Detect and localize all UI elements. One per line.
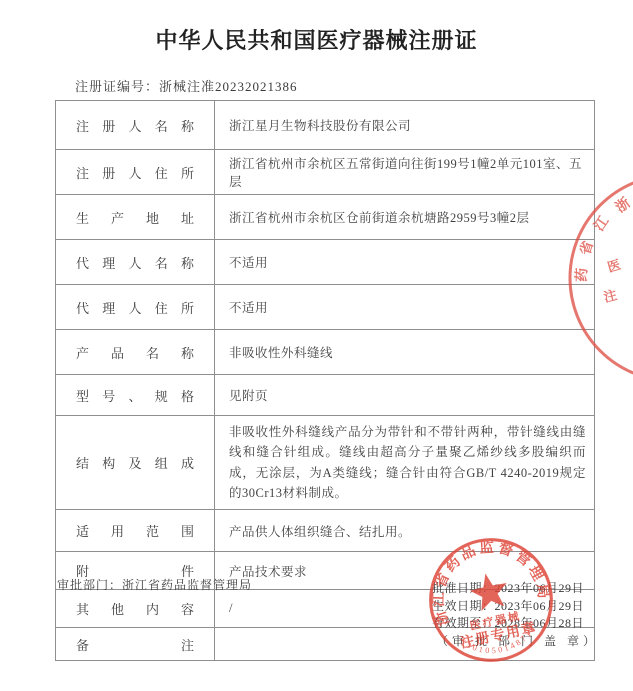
corner-seal-char: 浙: [612, 194, 633, 216]
certificate-page: 中华人民共和国医疗器械注册证 注册证编号：浙械注准20232021386 注册人…: [0, 0, 633, 691]
table-row: 注册人名称浙江星月生物科技股份有限公司: [56, 101, 595, 150]
table-row: 产品名称非吸收性外科缝线: [56, 330, 595, 375]
effective-date-value: 2023年06月29日: [495, 599, 585, 613]
row-value: 非吸收性外科缝线: [215, 330, 595, 375]
table-row: 适用范围产品供人体组织缝合、结扎用。: [56, 510, 595, 552]
row-label: 适用范围: [56, 510, 215, 552]
approve-date-label: 批准日期：: [432, 581, 495, 595]
effective-date-label: 生效日期：: [432, 599, 495, 613]
corner-seal-char: 注: [602, 287, 618, 305]
certificate-number-label: 注册证编号：: [75, 79, 159, 94]
row-value: 浙江省杭州市余杭区仓前街道余杭塘路2959号3幢2层: [215, 195, 595, 240]
row-label: 型号、规格: [56, 375, 215, 416]
row-value: 产品供人体组织缝合、结扎用。: [215, 510, 595, 552]
corner-seal-char: 医: [606, 257, 623, 275]
approve-date-line: 批准日期：2023年06月29日: [432, 580, 599, 598]
row-label: 结构及组成: [56, 416, 215, 510]
seal-note-line: （审 批 部 门 盖 章）: [436, 633, 599, 651]
row-value: 浙江星月生物科技股份有限公司: [215, 101, 595, 150]
table-row: 型号、规格见附页: [56, 375, 595, 416]
approve-date-value: 2023年06月29日: [495, 581, 585, 595]
row-value: 不适用: [215, 240, 595, 285]
table-row: 代理人名称不适用: [56, 240, 595, 285]
approval-department-value: 浙江省药品监督管理局: [122, 578, 252, 592]
table-row: 结构及组成非吸收性外科缝线产品分为带针和不带针两种，带针缝线由缝线和缝合针组成。…: [56, 416, 595, 510]
row-label: 注册人住所: [56, 150, 215, 195]
dates-block: 批准日期：2023年06月29日 生效日期：2023年06月29日 有效期至：2…: [432, 580, 599, 650]
row-label: 产品名称: [56, 330, 215, 375]
row-value: 不适用: [215, 285, 595, 330]
table-row: 代理人住所不适用: [56, 285, 595, 330]
row-value: 非吸收性外科缝线产品分为带针和不带针两种，带针缝线由缝线和缝合针组成。缝线由超高…: [215, 416, 595, 510]
valid-until-value: 2028年06月28日: [495, 616, 585, 630]
row-value: 浙江省杭州市余杭区五常街道向往街199号1幢2单元101室、五层: [215, 150, 595, 195]
row-label: 代理人住所: [56, 285, 215, 330]
row-label: 注册人名称: [56, 101, 215, 150]
approval-department-label: 审批部门：: [57, 578, 122, 592]
row-label: 生产地址: [56, 195, 215, 240]
certificate-number-value: 浙械注准20232021386: [159, 79, 298, 94]
approval-department-line: 审批部门：浙江省药品监督管理局: [57, 576, 252, 593]
table-row: 注册人住所浙江省杭州市余杭区五常街道向往街199号1幢2单元101室、五层: [56, 150, 595, 195]
valid-until-label: 有效期至：: [432, 616, 495, 630]
effective-date-line: 生效日期：2023年06月29日: [432, 598, 599, 616]
certificate-number-line: 注册证编号：浙械注准20232021386: [75, 76, 298, 95]
row-value: 见附页: [215, 375, 595, 416]
page-title: 中华人民共和国医疗器械注册证: [0, 24, 633, 55]
valid-until-line: 有效期至：2028年06月28日: [432, 615, 599, 633]
row-label: 其他内容: [56, 590, 215, 628]
row-label: 代理人名称: [56, 240, 215, 285]
row-label: 备 注: [56, 628, 215, 661]
table-row: 生产地址浙江省杭州市余杭区仓前街道余杭塘路2959号3幢2层: [56, 195, 595, 240]
